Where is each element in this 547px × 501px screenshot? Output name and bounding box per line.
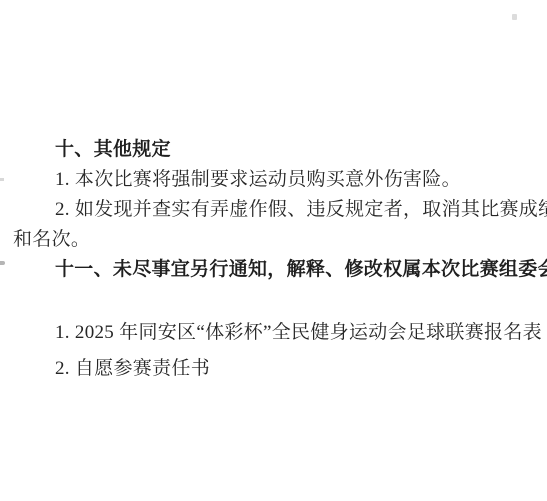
attachment-item-1: 1. 2025 年同安区“体彩杯”全民健身运动会足球联赛报名表	[13, 315, 541, 351]
scan-speck-top-right	[512, 14, 517, 20]
section-10-heading: 十、其他规定	[13, 135, 541, 165]
rule-item-1: 1. 本次比赛将强制要求运动员购买意外伤害险。	[13, 165, 541, 195]
scan-mark-left-edge-2	[0, 178, 4, 181]
section-11-heading: 十一、未尽事宜另行通知，解释、修改权属本次比赛组委会。	[13, 255, 541, 285]
attachment-item-2: 2. 自愿参赛责任书	[13, 351, 541, 387]
scan-mark-left-edge	[0, 261, 5, 265]
attachment-gap	[13, 285, 541, 315]
rule-item-2: 2. 如发现并查实有弄虚作假、违反规定者，取消其比赛成绩	[13, 195, 541, 225]
document-page: 十、其他规定 1. 本次比赛将强制要求运动员购买意外伤害险。 2. 如发现并查实…	[0, 0, 547, 501]
document-body: 十、其他规定 1. 本次比赛将强制要求运动员购买意外伤害险。 2. 如发现并查实…	[0, 0, 547, 387]
rule-item-2-continuation: 和名次。	[13, 225, 541, 255]
attachment-list: 1. 2025 年同安区“体彩杯”全民健身运动会足球联赛报名表 2. 自愿参赛责…	[13, 315, 541, 387]
